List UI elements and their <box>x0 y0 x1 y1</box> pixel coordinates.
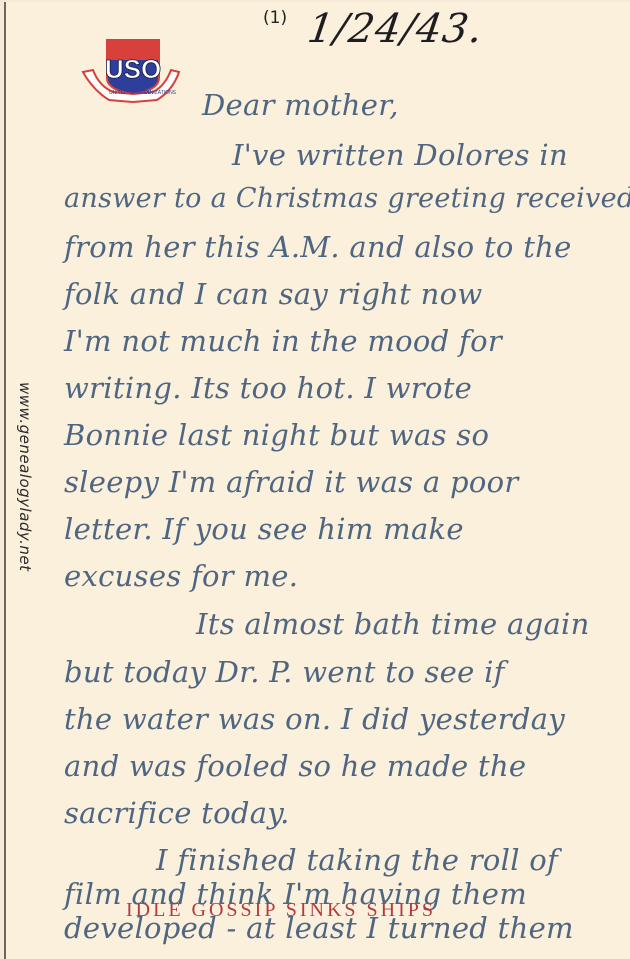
body-line: answer to a Christmas greeting received <box>64 183 630 214</box>
body-line: folk and I can say right now <box>64 277 483 311</box>
body-line: I've written Dolores in <box>232 138 568 172</box>
body-line: sacrifice today. <box>64 796 290 830</box>
body-line: writing. Its too hot. I wrote <box>64 371 472 405</box>
salutation: Dear mother, <box>202 88 399 122</box>
body-line: I finished taking the roll of <box>156 843 558 877</box>
letter-page: USO UNITED SERVICE ORGANIZATIONS (1) 1/2… <box>4 2 630 959</box>
body-line: and was fooled so he made the <box>64 749 526 783</box>
svg-text:USO: USO <box>105 54 161 84</box>
body-line: but today Dr. P. went to see if <box>64 655 505 689</box>
body-line: from her this A.M. and also to the <box>64 230 572 264</box>
watermark: www.genealogylady.net <box>16 382 34 572</box>
body-line: I'm not much in the mood for <box>64 324 502 358</box>
letter-date: 1/24/43. <box>305 6 486 52</box>
page-number: (1) <box>263 8 287 28</box>
body-line: Bonnie last night but was so <box>64 418 489 452</box>
body-line: excuses for me. <box>64 559 298 593</box>
footer-slogan: IDLE GOSSIP SINKS SHIPS <box>126 899 436 922</box>
body-line: letter. If you see him make <box>64 512 464 546</box>
svg-text:ORGANIZATIONS: ORGANIZATIONS <box>135 90 177 96</box>
body-line: the water was on. I did yesterday <box>64 702 565 736</box>
body-line: sleepy I'm afraid it was a poor <box>64 465 519 499</box>
body-line: Its almost bath time again <box>196 607 590 641</box>
uso-logo: USO UNITED SERVICE ORGANIZATIONS <box>79 38 183 108</box>
